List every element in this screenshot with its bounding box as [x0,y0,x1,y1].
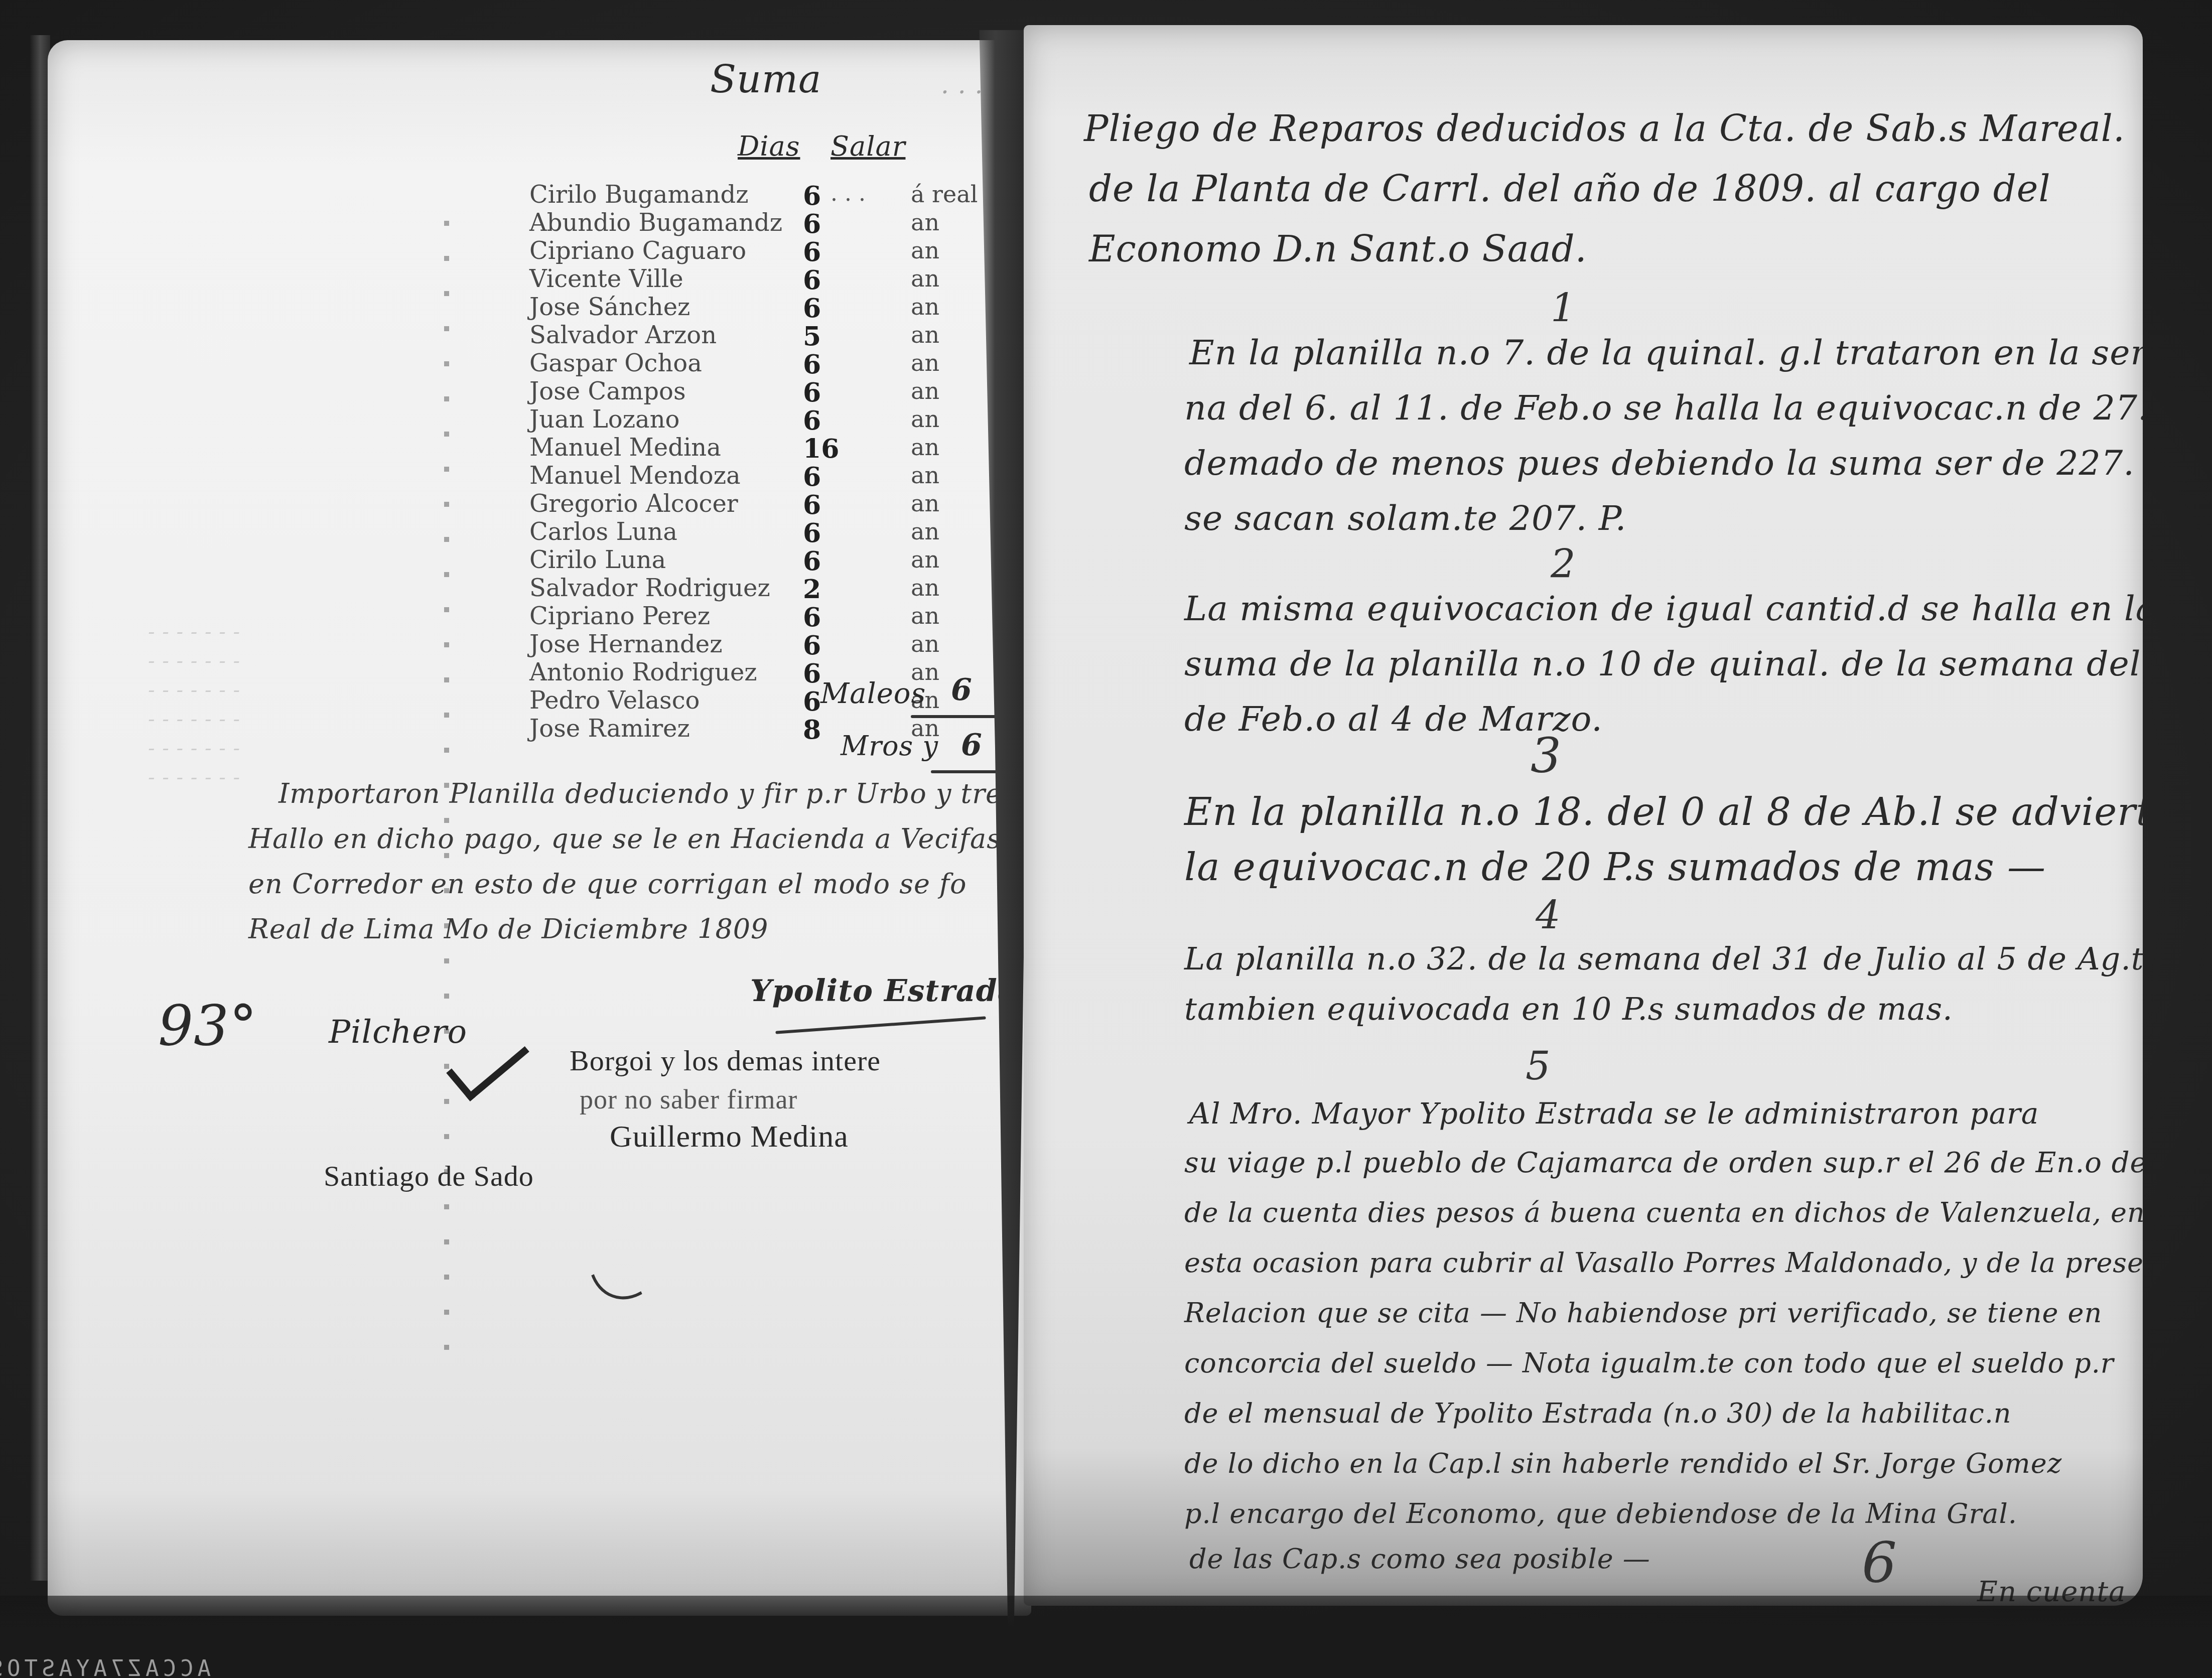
worker-name: Cirilo Bugamandz [529,181,748,209]
signature-estrada: Ypolito Estrada [750,973,1018,1009]
days-value: 6 [803,293,821,324]
table-row: Jose Campos 6 an [529,377,1031,405]
annotation-name: Pilchero [329,1014,467,1051]
days-value: 6 [803,237,821,267]
modern-note-signature: Guillermo Medina [610,1119,849,1155]
worker-name: Vicente Ville [529,265,683,293]
section-line: de el mensual de Ypolito Estrada (n.o 30… [1184,1400,2012,1427]
note-line: Real de Lima Mo de Diciembre 1809 [248,913,768,945]
worker-name: Cirilo Luna [529,546,666,574]
salary-value: an [911,602,939,629]
worker-name: Jose Sánchez [529,293,690,321]
section-number: 1 [1551,286,1576,331]
salary-value: an [911,377,939,404]
section-line: demado de menos pues debiendo la suma se… [1184,447,2143,481]
column-header-days: Dias [738,130,800,162]
salary-value: an [911,349,939,376]
worker-name: Antonio Rodriguez [529,658,757,686]
salary-value: an [911,321,939,348]
section-line: La misma equivocacion de igual cantid.d … [1184,592,2143,626]
header-line: de la Planta de Carrl. del año de 1809. … [1089,171,2050,207]
days-value: 6 [803,490,821,520]
days-value: 6 [803,377,821,408]
days-value: 6 [803,405,821,436]
salary-value: an [911,574,939,601]
next-section-number: 6 [1862,1530,1897,1595]
section-line: Al Mro. Mayor Ypolito Estrada se le admi… [1189,1099,2039,1128]
note-line: Hallo en dicho pago, que se le en Hacien… [248,823,1001,855]
salary-value: an [911,490,939,517]
worker-name: Juan Lozano [529,405,679,434]
table-row: Jose Sánchez 6 an [529,293,1031,321]
film-frame-code: ACCAZ7AYASTOSAZZSAYA [0,1656,211,1678]
note-line: en Corredor en esto de que corrigan el m… [248,868,967,900]
salary-value: an [911,405,939,433]
days-value: 6 [803,546,821,577]
days-value: 5 [803,321,821,352]
total-label-1: Maleos [820,677,926,710]
days-value: 2 [803,574,821,605]
table-row: Cirilo Bugamandz . . . 6 á real [529,181,1031,209]
section-line: se sacan solam.te 207. P. [1184,502,1626,536]
section-line: concorcia del sueldo — Nota igualm.te co… [1184,1350,2114,1377]
salary-value: á real [911,181,978,208]
salary-value: an [911,630,939,657]
days-value: 8 [803,715,821,745]
table-row: Jose Ramirez 8 an [529,715,1031,743]
days-value: 6 [803,686,821,717]
worker-name: Pedro Velasco [529,686,700,715]
salary-value: an [911,293,939,320]
section-line: La planilla n.o 32. de la semana del 31 … [1184,943,2143,974]
days-value: 6 [803,602,821,633]
salary-value: an [911,546,939,573]
left-page: Suma . . . Dias Salar Cirilo Bugamandz .… [48,40,1031,1616]
days-value: 16 [803,434,839,464]
salary-value: an [911,265,939,292]
section-line: suma de la planilla n.o 10 de quinal. de… [1184,647,2143,681]
days-value: 6 [803,518,821,548]
table-row: Cirilo Luna 6 an [529,546,1031,574]
bleed-through-text: - - - - - - - - - - - - - - - - - - - - … [148,617,240,792]
rubric-flourish [574,1184,687,1312]
days-value: 6 [803,630,821,661]
section-number: 3 [1531,728,1562,784]
worker-name: Manuel Medina [529,434,721,462]
section-line: na del 6. al 11. de Feb.o se halla la eq… [1184,391,2143,426]
section-line: de las Cap.s como sea posible — [1189,1546,1650,1573]
note-line: Importaron Planilla deduciendo y fir p.r… [279,778,1002,809]
ledger-heading: Suma [710,60,821,98]
section-line: Relacion que se cita — No habiendose pri… [1184,1300,2102,1327]
worker-name: Manuel Mendoza [529,462,741,490]
days-value: 6 [803,265,821,296]
section-number: 4 [1536,893,1561,938]
total-value-1: 6 [951,672,973,708]
section-line: de la cuenta dies pesos á buena cuenta e… [1184,1199,2143,1226]
signature-underline [775,1016,986,1034]
section-line: su viage p.l pueblo de Cajamarca de orde… [1184,1149,2143,1177]
days-value: 6 [803,349,821,380]
worker-name: Salvador Rodriguez [529,574,770,602]
table-row: Salvador Rodriguez 2 an [529,574,1031,602]
section-line: En la planilla n.o 7. de la quinal. g.l … [1189,336,2143,370]
section-line: p.l encargo del Economo, que debiendose … [1184,1500,2017,1527]
salary-value: an [911,518,939,545]
header-line: Pliego de Reparos deducidos a la Cta. de… [1084,110,2125,147]
table-row: Cipriano Perez 6 an [529,602,1031,630]
total-value-2: 6 [961,728,983,763]
binding-edge [30,35,50,1581]
table-row: Cipriano Caguaro 6 an [529,237,1031,265]
salary-value: an [911,237,939,264]
table-row: Abundio Bugamandz 6 an [529,209,1031,237]
heading-dots: . . . [941,70,983,99]
days-value: 6 [803,181,821,211]
worker-name: Cipriano Perez [529,602,710,630]
section-number: 5 [1526,1044,1551,1089]
modern-note-line: Borgoi y los demas intere [570,1044,881,1077]
worker-name: Salvador Arzon [529,321,717,349]
days-value: 6 [803,209,821,239]
film-bottom-margin [0,1596,2212,1678]
worker-name: Jose Ramirez [529,715,690,743]
worker-name: Jose Hernandez [529,630,723,658]
worker-name: Carlos Luna [529,518,677,546]
modern-note-line: por no saber firmar [580,1084,797,1115]
table-row: Gregorio Alcocer 6 an [529,490,1031,518]
worker-name: Jose Campos [529,377,686,405]
total-label-2: Mros y [841,730,938,762]
worker-name: Gaspar Ochoa [529,349,702,377]
worker-name: Gregorio Alcocer [529,490,738,518]
salary-value: an [911,462,939,489]
section-line: la equivocac.n de 20 P.s sumados de mas … [1184,848,2046,886]
column-header-salary: Salar [831,130,905,162]
table-row: Carlos Luna 6 an [529,518,1031,546]
table-row: Vicente Ville 6 an [529,265,1031,293]
margin-mark: 93° [158,994,257,1058]
days-value: 6 [803,658,821,689]
salary-value: an [911,209,939,236]
table-row: Gaspar Ochoa 6 an [529,349,1031,377]
table-row: Manuel Mendoza 6 an [529,462,1031,490]
table-row: Juan Lozano 6 an [529,405,1031,434]
table-row: Manuel Medina 16 an [529,434,1031,462]
leader-dots: . . . [831,181,866,206]
table-row: Jose Hernandez 6 an [529,630,1031,658]
section-line: tambien equivocada en 10 P.s sumados de … [1184,994,1953,1025]
days-value: 6 [803,462,821,492]
section-line: En la planilla n.o 18. del 0 al 8 de Ab.… [1184,793,2143,831]
table-row: Salvador Arzon 5 an [529,321,1031,349]
modern-note-bottom: Santiago de Sado [324,1159,534,1193]
section-line: esta ocasion para cubrir al Vasallo Porr… [1184,1249,2143,1277]
right-page: Pliego de Reparos deducidos a la Cta. de… [1024,25,2143,1606]
worker-name: Abundio Bugamandz [529,209,782,237]
salary-value: an [911,434,939,461]
section-number: 2 [1551,542,1576,587]
ledger-table: Cirilo Bugamandz . . . 6 á real Abundio … [529,181,1031,733]
section-line: de lo dicho en la Cap.l sin haberle rend… [1184,1450,2062,1477]
worker-name: Cipriano Caguaro [529,237,746,265]
header-line: Economo D.n Sant.o Saad. [1089,231,1587,267]
